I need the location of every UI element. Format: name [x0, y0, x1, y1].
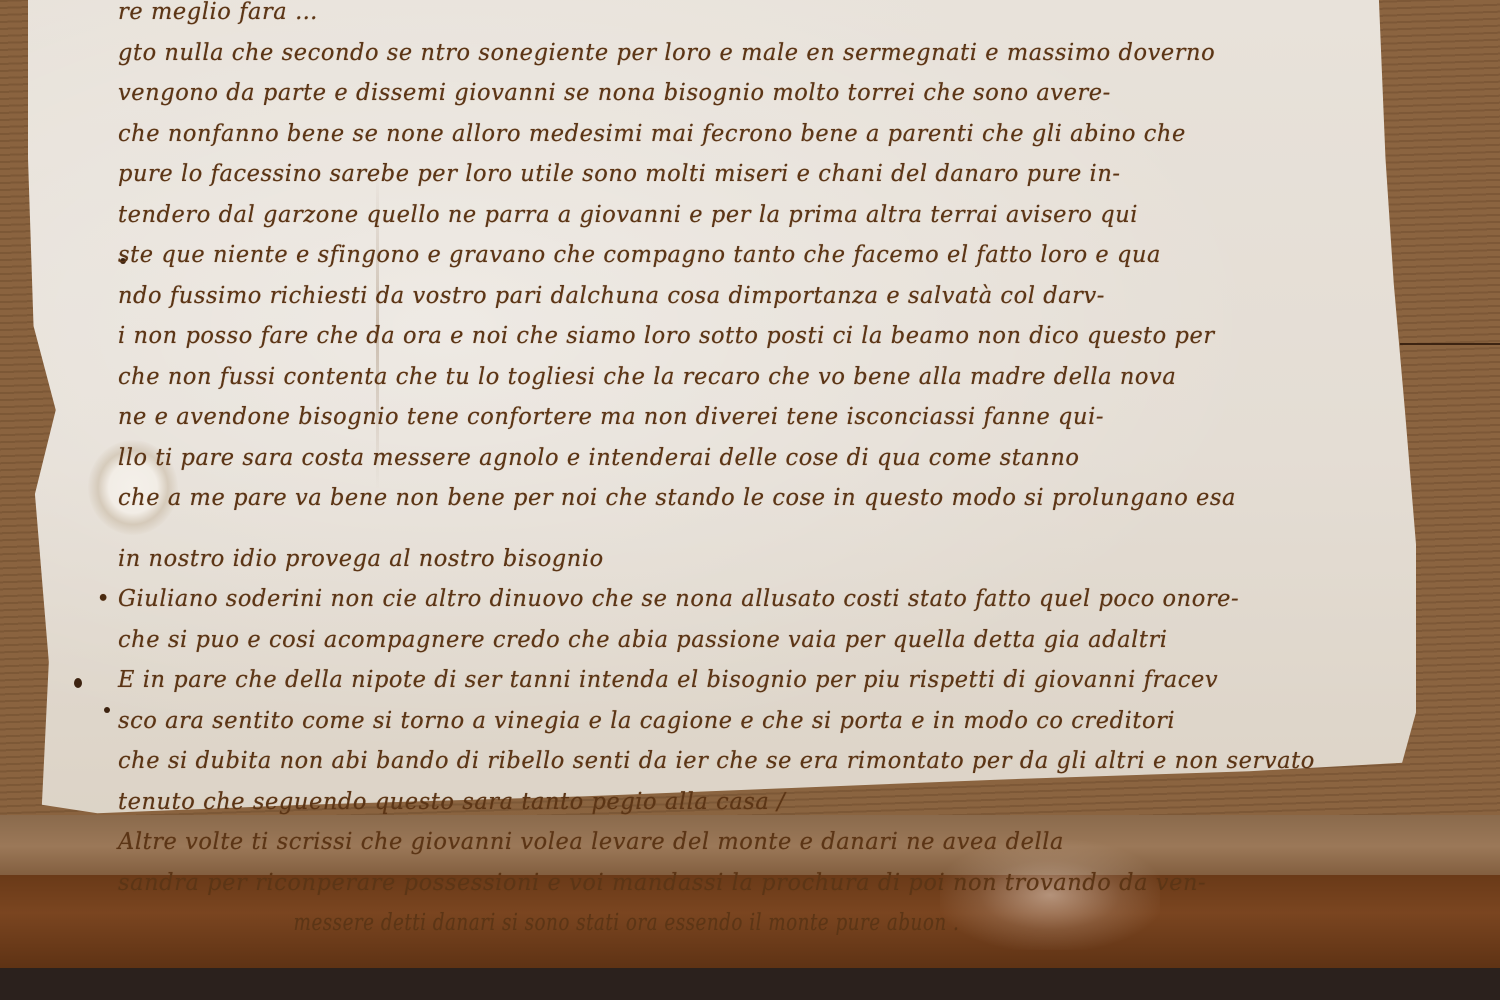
manuscript-line: re meglio fara …	[118, 0, 1378, 33]
manuscript-line: che si puo e cosi acompagnere credo che …	[118, 620, 1378, 661]
manuscript-line: tendero dal garzone quello ne parra a gi…	[118, 195, 1378, 236]
manuscript-line: pure lo facessino sarebe per loro utile …	[118, 154, 1378, 195]
photo-scene: re meglio fara … gto nulla che secondo s…	[0, 0, 1500, 1000]
manuscript-line: messere detti danari si sono stati ora e…	[118, 903, 1147, 944]
backdrop-seam	[1400, 343, 1500, 345]
manuscript-line: gto nulla che secondo se ntro sonegiente…	[118, 33, 1378, 74]
margin-dot	[104, 707, 110, 713]
manuscript-line: che a me pare va bene non bene per noi c…	[118, 478, 1378, 519]
ink-blot	[74, 678, 82, 688]
manuscript-line: che non fussi contenta che tu lo toglies…	[118, 357, 1378, 398]
manuscript-line: tenuto che seguendo questo sara tanto pe…	[118, 782, 1378, 823]
manuscript-line: ne e avendone bisognio tene confortere m…	[118, 397, 1378, 438]
manuscript-line: ndo fussimo richiesti da vostro pari dal…	[118, 276, 1378, 317]
manuscript-line: che si dubita non abi bando di ribello s…	[118, 741, 1378, 782]
manuscript-line: sandra per riconperare possessioni e voi…	[118, 863, 1378, 904]
manuscript-line: i non posso fare che da ora e noi che si…	[118, 316, 1378, 357]
manuscript-line: in nostro idio provega al nostro bisogni…	[118, 539, 1378, 580]
manuscript-line: che nonfanno bene se none alloro medesim…	[118, 114, 1378, 155]
paragraph-gap	[118, 519, 1408, 539]
manuscript-line: Giuliano soderini non cie altro dinuovo …	[118, 579, 1378, 620]
shelf-base	[0, 968, 1500, 1000]
manuscript-line: sco ara sentito come si torno a vinegia …	[118, 701, 1378, 742]
manuscript-line: Altre volte ti scrissi che giovanni vole…	[118, 822, 1378, 863]
manuscript-line: llo ti pare sara costa messere agnolo e …	[118, 438, 1378, 479]
manuscript-line: ste que niente e sfingono e gravano che …	[118, 235, 1378, 276]
manuscript-line: vengono da parte e dissemi giovanni se n…	[118, 73, 1378, 114]
manuscript-line: E in pare che della nipote di ser tanni …	[118, 660, 1378, 701]
manuscript-text: re meglio fara … gto nulla che secondo s…	[118, 0, 1408, 944]
